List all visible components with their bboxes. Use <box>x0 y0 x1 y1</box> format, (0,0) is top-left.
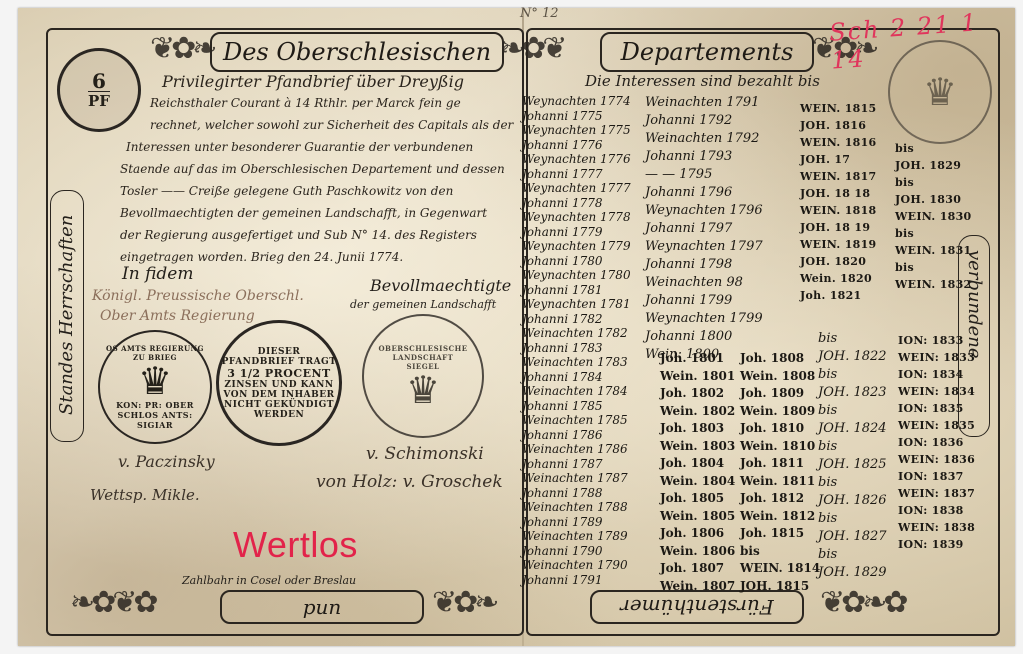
interest-stamp-line: ZINSEN UND KANN <box>224 380 333 390</box>
interest-entry: bis <box>895 174 972 191</box>
interest-entry: Weinachten 1786 <box>522 442 642 457</box>
interest-entry: Weynachten 1778 <box>522 210 642 225</box>
interest-column-8: ION: 1833WEIN: 1833ION: 1834WEIN: 1834IO… <box>898 332 975 553</box>
interest-entry: JOH. 1823 <box>818 384 887 402</box>
value-stamp: 6 PF <box>57 48 141 132</box>
interest-entry: Joh. 1807 <box>660 560 735 578</box>
oberamts-regierung-seal: OS AMTS REGIERUNG ZU BRIEG ♛ KON: PR: OB… <box>98 330 212 444</box>
interest-column-4: Joh. 1808Wein. 1808Joh. 1809Wein. 1809Jo… <box>740 350 820 595</box>
interest-entry: Wein. 1801 <box>660 368 735 386</box>
interest-entry: Weynachten 1796 <box>645 202 785 220</box>
interest-entry: Weinachten 1792 <box>645 130 785 148</box>
bevollmaechtigte-sub: der gemeinen Landschafft <box>350 298 496 311</box>
interest-entry: Wein. 1809 <box>740 403 820 421</box>
interest-entry: Weinachten 1791 <box>645 94 785 112</box>
interest-entry: JOH. 1816 <box>800 117 877 134</box>
interest-entry: Johanni 1782 <box>522 312 642 327</box>
interest-entry: WEIN. 1814 <box>740 560 820 578</box>
interest-entry: Joh. 1815 <box>740 525 820 543</box>
body-line-7: Bevollmaechtigten der gemeinen Landschaf… <box>120 206 487 220</box>
interest-entry: WEIN. 1817 <box>800 168 877 185</box>
interest-entry: bis <box>818 474 887 492</box>
interest-entry: Joh. 1811 <box>740 455 820 473</box>
interest-stamp-line: PFANDBRIEF TRAGT <box>222 357 337 367</box>
interest-entry: Joh. 1801 <box>660 350 735 368</box>
signature-right-2: von Holz: v. Groschek <box>316 472 503 492</box>
interest-entry: Johanni 1788 <box>522 486 642 501</box>
interest-entry: Weynachten 1775 <box>522 123 642 138</box>
interest-entry: Johanni 1775 <box>522 109 642 124</box>
interest-entry: Wein. 1810 <box>740 438 820 456</box>
interest-entry: Weynachten 1797 <box>645 238 785 256</box>
interest-entry: ION: 1839 <box>898 536 975 553</box>
interest-entry: bis <box>818 510 887 528</box>
interest-entry: Johanni 1781 <box>522 283 642 298</box>
eagle-icon: ♛ <box>406 371 440 409</box>
interest-entry: Johanni 1797 <box>645 220 785 238</box>
side-label-left-box <box>50 190 84 442</box>
body-line-1: Privilegirter Pfandbrief über Dreyßig <box>162 72 464 91</box>
interest-entry: WEIN. 1816 <box>800 134 877 151</box>
interest-entry: Wein. 1811 <box>740 473 820 491</box>
payable-note: Zahlbahr in Cosel oder Breslau <box>182 574 356 587</box>
interest-entry: Wein. 1803 <box>660 438 735 456</box>
header-left-text: Des Oberschlesischen <box>223 38 491 66</box>
ornament-bottom-center: ❦✿❧ <box>432 588 495 618</box>
interest-entry: Joh. 1802 <box>660 385 735 403</box>
interest-entry: Johanni 1785 <box>522 399 642 414</box>
interest-entry: Johanni 1791 <box>522 573 642 588</box>
interest-entry: Wein. 1808 <box>740 368 820 386</box>
interest-entry: Wein. 1806 <box>660 543 735 561</box>
interest-entry: JOH. 18 19 <box>800 219 877 236</box>
interest-entry: Weinachten 1782 <box>522 326 642 341</box>
interest-entry: Johanni 1780 <box>522 254 642 269</box>
interest-entry: Johanni 1790 <box>522 544 642 559</box>
interest-entry: Joh. 1821 <box>800 287 877 304</box>
interest-entry: Wein. 1804 <box>660 473 735 491</box>
interest-column-7: bisJOH. 1829bisJOH. 1830WEIN. 1830bisWEI… <box>895 140 972 293</box>
interest-entry: Johanni 1792 <box>645 112 785 130</box>
interest-entry: Weynachten 1776 <box>522 152 642 167</box>
interest-entry: Johanni 1787 <box>522 457 642 472</box>
interest-entry: bis <box>740 543 820 561</box>
authority-line-1: Königl. Preussische Oberschl. <box>92 288 304 304</box>
interest-stamp-line: NICHT GEKÜNDIGT <box>224 400 334 410</box>
interest-entry: Weinachten 1790 <box>522 558 642 573</box>
interest-entry: Weinachten 98 <box>645 274 785 292</box>
interest-entry: Wein. 1812 <box>740 508 820 526</box>
interest-entry: Weynachten 1779 <box>522 239 642 254</box>
interest-entry: Johanni 1776 <box>522 138 642 153</box>
interest-entry: WEIN: 1833 <box>898 349 975 366</box>
interest-entry: WEIN. 1819 <box>800 236 877 253</box>
interest-entry: Johanni 1799 <box>645 292 785 310</box>
header-right-title: Departements <box>600 32 814 72</box>
interest-entry: JOH. 1822 <box>818 348 887 366</box>
interest-entry: Weinachten 1787 <box>522 471 642 486</box>
body-line-3: rechnet, welcher sowohl zur Sicherheit d… <box>150 118 513 132</box>
footer-right-box: Fürstenthümer <box>590 590 804 624</box>
interest-entry: Wein. 1802 <box>660 403 735 421</box>
folio-mark: N° 12 <box>520 6 559 21</box>
ornament-bottom-right: ❦✿❧✿ <box>820 588 905 618</box>
interest-column-5: WEIN. 1815JOH. 1816WEIN. 1816JOH. 17WEIN… <box>800 100 877 304</box>
interest-entry: Weynachten 1780 <box>522 268 642 283</box>
interest-entry: Weynachten 1799 <box>645 310 785 328</box>
authority-line-2: Ober Amts Regierung <box>100 308 255 324</box>
interest-entry: ION: 1835 <box>898 400 975 417</box>
interest-entry: Joh. 1805 <box>660 490 735 508</box>
interest-stamp-line: WERDEN <box>254 410 304 420</box>
interest-entry: bis <box>818 402 887 420</box>
interest-entry: Weynachten 1781 <box>522 297 642 312</box>
interest-entry: JOH. 18 18 <box>800 185 877 202</box>
header-right-text: Departements <box>621 38 794 66</box>
interest-entry: Johanni 1778 <box>522 196 642 211</box>
interest-entry: Joh. 1810 <box>740 420 820 438</box>
value-stamp-unit: PF <box>88 91 110 110</box>
interest-entry: WEIN: 1836 <box>898 451 975 468</box>
interest-column-2: Weinachten 1791Johanni 1792Weinachten 17… <box>645 94 785 364</box>
interest-entry: Wein. 1807 <box>660 578 735 596</box>
seal-1-center: KON: PR: OBER SCHLOS ANTS: SIGIAR <box>115 400 195 430</box>
interest-heading: Die Interessen sind bezahlt bis <box>585 72 820 90</box>
interest-entry: Weinachten 1788 <box>522 500 642 515</box>
eagle-icon: ♛ <box>138 362 172 400</box>
header-left-title: Des Oberschlesischen <box>210 32 504 72</box>
interest-entry: — — 1795 <box>645 166 785 184</box>
interest-entry: Joh. 1804 <box>660 455 735 473</box>
interest-column-1: Weynachten 1774Johanni 1775Weynachten 17… <box>522 94 642 587</box>
interest-entry: JOH. 1827 <box>818 528 887 546</box>
interest-entry: JOH. 1825 <box>818 456 887 474</box>
footer-left-text: pun <box>303 595 342 619</box>
body-line-4: Interessen unter besonderer Guarantie de… <box>126 140 473 154</box>
interest-entry: Johanni 1779 <box>522 225 642 240</box>
interest-entry: Wein. 1820 <box>800 270 877 287</box>
interest-entry: ION: 1836 <box>898 434 975 451</box>
interest-stamp: DIESER PFANDBRIEF TRAGT 3 1/2 PROCENT ZI… <box>216 320 342 446</box>
interest-entry: JOH. 1829 <box>895 157 972 174</box>
interest-entry: ION: 1837 <box>898 468 975 485</box>
body-line-2: Reichsthaler Courant à 14 Rthlr. per Mar… <box>150 96 461 110</box>
interest-entry: JOH. 1830 <box>895 191 972 208</box>
wertlos-overprint: Wertlos <box>233 524 358 566</box>
interest-entry: Weinachten 1783 <box>522 355 642 370</box>
interest-entry: WEIN: 1835 <box>898 417 975 434</box>
interest-entry: WEIN. 1818 <box>800 202 877 219</box>
interest-entry: Joh. 1803 <box>660 420 735 438</box>
interest-entry: bis <box>895 140 972 157</box>
interest-stamp-line: VON DEM INHABER <box>223 390 334 400</box>
interest-entry: Johanni 1777 <box>522 167 642 182</box>
interest-entry: Johanni 1783 <box>522 341 642 356</box>
interest-entry: bis <box>895 225 972 242</box>
interest-entry: WEIN. 1830 <box>895 208 972 225</box>
interest-entry: Johanni 1784 <box>522 370 642 385</box>
interest-entry: JOH. 1815 <box>740 578 820 596</box>
interest-entry: Joh. 1812 <box>740 490 820 508</box>
interest-entry: Johanni 1793 <box>645 148 785 166</box>
interest-stamp-line: 3 1/2 PROCENT <box>227 367 331 380</box>
body-line-8: der Regierung ausgefertiget und Sub N° 1… <box>120 228 477 242</box>
bevollmaechtigte: Bevollmaechtigte <box>370 276 511 295</box>
interest-entry: Wein. 1805 <box>660 508 735 526</box>
interest-entry: WEIN. 1815 <box>800 100 877 117</box>
interest-entry: Johanni 1786 <box>522 428 642 443</box>
interest-entry: bis <box>818 330 887 348</box>
interest-entry: JOH. 1824 <box>818 420 887 438</box>
interest-entry: bis <box>818 546 887 564</box>
interest-entry: Johanni 1800 <box>645 328 785 346</box>
interest-entry: JOH. 1826 <box>818 492 887 510</box>
interest-entry: Joh. 1806 <box>660 525 735 543</box>
interest-entry: WEIN. 1832 <box>895 276 972 293</box>
interest-entry: Weinachten 1785 <box>522 413 642 428</box>
interest-entry: JOH. 17 <box>800 151 877 168</box>
interest-entry: Joh. 1809 <box>740 385 820 403</box>
signature-left-2: Wettsp. Mikle. <box>90 486 200 504</box>
interest-entry: ION: 1838 <box>898 502 975 519</box>
signature-left-1: v. Paczinsky <box>118 452 215 471</box>
in-fidem: In fidem <box>122 264 193 284</box>
ornament-bottom-left: ❧✿❦✿ <box>70 588 155 618</box>
interest-entry: WEIN. 1831 <box>895 242 972 259</box>
interest-entry: ION: 1833 <box>898 332 975 349</box>
eagle-icon: ♛ <box>923 73 957 111</box>
interest-entry: JOH. 1829 <box>818 564 887 582</box>
interest-entry: Johanni 1798 <box>645 256 785 274</box>
interest-stamp-line: DIESER <box>258 347 301 357</box>
interest-entry: Johanni 1796 <box>645 184 785 202</box>
interest-entry: Weinachten 1784 <box>522 384 642 399</box>
body-line-9: eingetragen worden. Brieg den 24. Junii … <box>120 250 403 264</box>
interest-entry: Weinachten 1789 <box>522 529 642 544</box>
landschaft-seal: OBERSCHLESISCHE LANDSCHAFT SIEGEL ♛ <box>362 314 484 438</box>
interest-entry: bis <box>895 259 972 276</box>
signature-right-1: v. Schimonski <box>366 444 484 464</box>
interest-entry: Johanni 1789 <box>522 515 642 530</box>
interest-entry: WEIN: 1837 <box>898 485 975 502</box>
footer-left-box: pun <box>220 590 424 624</box>
interest-entry: Weynachten 1774 <box>522 94 642 109</box>
value-stamp-number: 6 <box>92 71 106 91</box>
interest-entry: Weynachten 1777 <box>522 181 642 196</box>
body-line-6: Tosler —— Creiße gelegene Guth Paschkowi… <box>120 184 453 198</box>
interest-column-3: Joh. 1801Wein. 1801Joh. 1802Wein. 1802Jo… <box>660 350 735 595</box>
body-line-5: Staende auf das im Oberschlesischen Depa… <box>120 162 505 176</box>
interest-entry: WEIN: 1834 <box>898 383 975 400</box>
footer-right-text: Fürstenthümer <box>620 595 774 619</box>
interest-entry: JOH. 1820 <box>800 253 877 270</box>
interest-entry: Joh. 1808 <box>740 350 820 368</box>
top-right-seal: ♛ <box>888 40 992 144</box>
interest-entry: bis <box>818 438 887 456</box>
interest-entry: bis <box>818 366 887 384</box>
interest-column-6: bisJOH. 1822bisJOH. 1823bisJOH. 1824bisJ… <box>818 330 887 582</box>
seal-3-ring: OBERSCHLESISCHE LANDSCHAFT SIEGEL <box>375 344 471 371</box>
ornament-top-center: ❧✿❦ <box>500 34 563 64</box>
interest-entry: ION: 1834 <box>898 366 975 383</box>
interest-entry: WEIN: 1838 <box>898 519 975 536</box>
ornament-top-left: ❦✿❧ <box>150 34 213 64</box>
